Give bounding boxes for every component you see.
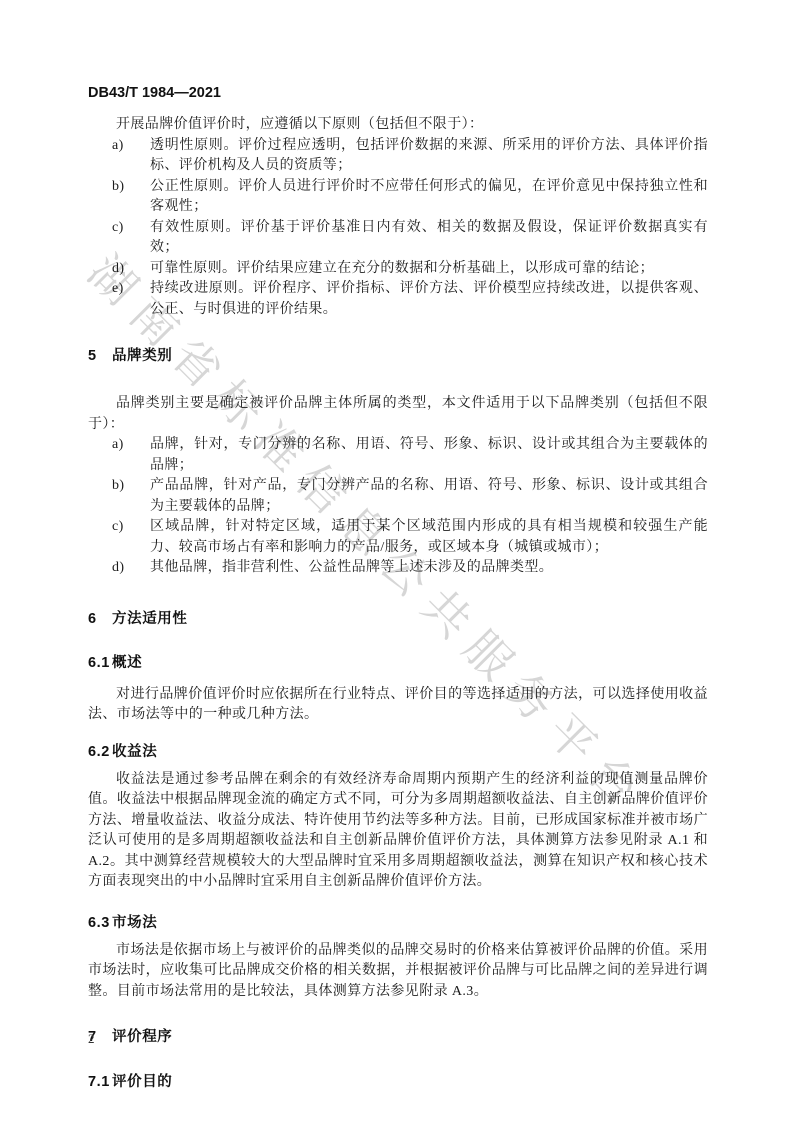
section-6-heading: 6方法适用性 (88, 609, 708, 629)
section-6-1-heading: 6.1概述 (88, 653, 708, 673)
page-content: DB43/T 1984—2021 开展品牌价值评价时，应遵循以下原则（包括但不限… (88, 85, 708, 1092)
list-marker: e) (112, 279, 150, 320)
section-number: 6.3 (88, 913, 112, 933)
list-marker: d) (112, 259, 150, 280)
list-text: 其他品牌，指非营利性、公益性品牌等上述未涉及的品牌类型。 (150, 558, 708, 579)
document-page: 湖南省标准信息公共服务平台 DB43/T 1984—2021 开展品牌价值评价时… (0, 0, 794, 1122)
section-number: 5 (88, 346, 112, 366)
section-title: 评价目的 (112, 1074, 172, 1090)
section-number: 6 (88, 609, 112, 629)
list-text: 产品品牌，针对产品，专门分辨产品的名称、用语、符号、形象、标识、设计或其组合为主… (150, 476, 708, 517)
section-title: 品牌类别 (112, 348, 172, 364)
list-text: 透明性原则。评价过程应透明，包括评价数据的来源、所采用的评价方法、具体评价指标、… (150, 136, 708, 177)
list-item: a) 透明性原则。评价过程应透明，包括评价数据的来源、所采用的评价方法、具体评价… (88, 136, 708, 177)
list-marker: d) (112, 558, 150, 579)
list-text: 区域品牌，针对特定区域，适用于某个区域范围内形成的具有相当规模和较强生产能力、较… (150, 517, 708, 558)
section-7-1-heading: 7.1评价目的 (88, 1072, 708, 1092)
list-text: 公正性原则。评价人员进行评价时不应带任何形式的偏见，在评价意见中保持独立性和客观… (150, 177, 708, 218)
list-marker: c) (112, 517, 150, 558)
list-text: 有效性原则。评价基于评价基准日内有效、相关的数据及假设，保证评价数据真实有效； (150, 218, 708, 259)
list-item: c) 有效性原则。评价基于评价基准日内有效、相关的数据及假设，保证评价数据真实有… (88, 218, 708, 259)
section-title: 评价程序 (112, 1029, 172, 1045)
section-5-heading: 5品牌类别 (88, 346, 708, 366)
section-title: 市场法 (112, 915, 157, 931)
section-6-1-paragraph: 对进行品牌价值评价时应依据所在行业特点、评价目的等选择适用的方法，可以选择使用收… (88, 685, 708, 726)
section-6-3-heading: 6.3市场法 (88, 913, 708, 933)
list-text: 品牌，针对，专门分辨的名称、用语、符号、形象、标识、设计或其组合为主要载体的品牌… (150, 435, 708, 476)
section-5-intro: 品牌类别主要是确定被评价品牌主体所属的类型，本文件适用于以下品牌类别（包括但不限… (88, 394, 708, 435)
list-item: b) 公正性原则。评价人员进行评价时不应带任何形式的偏见，在评价意见中保持独立性… (88, 177, 708, 218)
section-6-2-heading: 6.2收益法 (88, 742, 708, 762)
list-item: d) 可靠性原则。评价结果应建立在充分的数据和分析基础上，以形成可靠的结论； (88, 259, 708, 280)
list-item: a) 品牌，针对，专门分辨的名称、用语、符号、形象、标识、设计或其组合为主要载体… (88, 435, 708, 476)
brand-category-list: a) 品牌，针对，专门分辨的名称、用语、符号、形象、标识、设计或其组合为主要载体… (88, 435, 708, 579)
list-marker: c) (112, 218, 150, 259)
list-item: b) 产品品牌，针对产品，专门分辨产品的名称、用语、符号、形象、标识、设计或其组… (88, 476, 708, 517)
section-title: 概述 (112, 655, 142, 671)
list-marker: b) (112, 177, 150, 218)
list-text: 持续改进原则。评价程序、评价指标、评价方法、评价模型应持续改进，以提供客观、公正… (150, 279, 708, 320)
list-marker: a) (112, 435, 150, 476)
principles-intro: 开展品牌价值评价时，应遵循以下原则（包括但不限于）： (88, 115, 708, 136)
section-number: 6.1 (88, 653, 112, 673)
document-code: DB43/T 1984—2021 (88, 85, 708, 101)
section-7-heading: 7评价程序 (88, 1027, 708, 1047)
section-title: 收益法 (112, 744, 157, 760)
section-6-3-paragraph: 市场法是依据市场上与被评价的品牌类似的品牌交易时的价格来估算被评价品牌的价值。采… (88, 941, 708, 1003)
section-number: 6.2 (88, 742, 112, 762)
section-number: 7.1 (88, 1072, 112, 1092)
list-item: d) 其他品牌，指非营利性、公益性品牌等上述未涉及的品牌类型。 (88, 558, 708, 579)
list-marker: a) (112, 136, 150, 177)
section-6-2-paragraph: 收益法是通过参考品牌在剩余的有效经济寿命周期内预期产生的经济利益的现值测量品牌价… (88, 770, 708, 893)
list-item: e) 持续改进原则。评价程序、评价指标、评价方法、评价模型应持续改进，以提供客观… (88, 279, 708, 320)
list-text: 可靠性原则。评价结果应建立在充分的数据和分析基础上，以形成可靠的结论； (150, 259, 708, 280)
list-item: c) 区域品牌，针对特定区域，适用于某个区域范围内形成的具有相当规模和较强生产能… (88, 517, 708, 558)
list-marker: b) (112, 476, 150, 517)
section-title: 方法适用性 (112, 611, 188, 627)
principles-list: a) 透明性原则。评价过程应透明，包括评价数据的来源、所采用的评价方法、具体评价… (88, 136, 708, 321)
page-number: 2 (88, 1031, 95, 1047)
